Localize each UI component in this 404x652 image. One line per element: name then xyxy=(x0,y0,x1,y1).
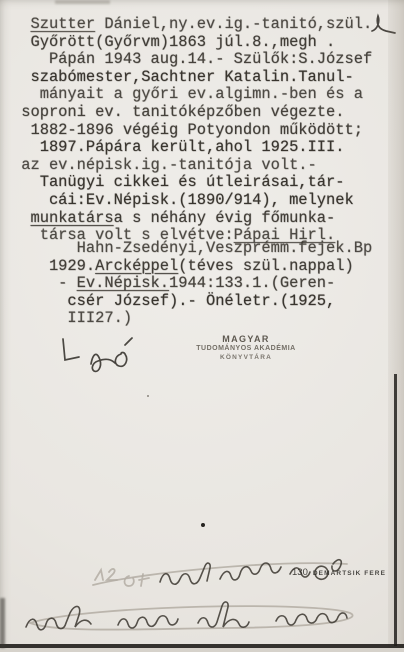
typewritten-line: Pápán 1943 aug.14.- Szülők:S.József xyxy=(12,51,400,69)
typewritten-line: Tanügyi cikkei és útleirásai,tár- xyxy=(12,174,400,192)
handwritten-annotation-left xyxy=(55,332,147,376)
typewritten-line: Szutter Dániel,ny.ev.ig.-tanitó,szül. xyxy=(12,16,400,34)
typed-text: Tanügyi cikkei és útleirásai,tár- xyxy=(12,173,345,191)
library-stamp: MAGYAR TUDOMÁNYOS AKADÉMIA KÖNYVTÁRA xyxy=(183,334,309,362)
typed-text: Hahn-Zsedényi,Veszprémm.fejek.Bp xyxy=(12,239,372,257)
typewritten-line: 1929.Arcképpel(téves szül.nappal) xyxy=(12,258,400,276)
typewritten-line: Hahn-Zsedényi,Veszprémm.fejek.Bp xyxy=(12,240,400,258)
typewritten-line: III27.) xyxy=(12,310,400,328)
typewritten-paragraph-biography: Szutter Dániel,ny.ev.ig.-tanitó,szül. Gy… xyxy=(12,16,400,245)
scanned-catalog-card: Szutter Dániel,ny.ev.ig.-tanitó,szül. Gy… xyxy=(0,0,404,652)
handwritten-note-upper-inverted xyxy=(85,538,355,593)
typewritten-line: 1882-1896 végéig Potyondon működött; xyxy=(12,122,400,140)
typed-text: Győrött(Győrvm)1863 júl.8.,megh . xyxy=(12,33,335,51)
underlined-text: Arcképpel xyxy=(95,257,178,275)
typed-text: Dániel,ny.ev.ig.-tanitó,szül. xyxy=(95,15,372,33)
underlined-text: munkatárs xyxy=(30,209,113,227)
typed-text: 1897.Pápára került,ahol 1925.III. xyxy=(12,138,345,156)
typed-text: III27.) xyxy=(12,309,132,327)
typed-text: mányait a győri ev.algimn.-ben és a xyxy=(12,85,363,103)
typewritten-line: cái:Ev.Népisk.(1890/914), melynek xyxy=(12,192,400,210)
typed-text: csér József).- Önéletr.(1925, xyxy=(12,292,335,310)
stamp-line-1: MAGYAR xyxy=(183,334,309,345)
typewritten-line: szabómester,Sachtner Katalin.Tanul- xyxy=(12,69,400,87)
scan-right-edge-line xyxy=(394,374,397,646)
typewritten-line: csér József).- Önéletr.(1925, xyxy=(12,293,400,311)
typewritten-line: az ev.népisk.ig.-tanitója volt.- xyxy=(12,157,400,175)
typed-text xyxy=(12,209,30,227)
typed-text: Pápán 1943 aug.14.- Szülők:S.József xyxy=(12,50,372,68)
stamp-line-2: TUDOMÁNYOS AKADÉMIA xyxy=(183,345,309,354)
typed-text: az ev.népisk.ig.-tanitója volt.- xyxy=(12,156,317,174)
underlined-text: Ev.Népisk. xyxy=(77,274,169,292)
paper-speck xyxy=(147,395,149,397)
printer-imprint: 130 DEMARTSIK FERE xyxy=(292,567,386,578)
typed-text xyxy=(12,15,30,33)
typewritten-line: mányait a győri ev.algimn.-ben és a xyxy=(12,86,400,104)
imprint-name: DEMARTSIK FERE xyxy=(313,570,386,577)
typed-text: cái:Ev.Népisk.(1890/914), melynek xyxy=(12,191,354,209)
underlined-text: Szutter xyxy=(30,15,95,33)
typed-text: 1944:133.1.(Geren- xyxy=(169,274,335,292)
typewritten-line: soproni ev. tanitóképzőben végezte. xyxy=(12,104,400,122)
scan-left-smudge xyxy=(0,598,5,648)
typed-text: (téves szül.nappal) xyxy=(178,257,353,275)
imprint-number: 130 xyxy=(292,567,308,578)
typewritten-paragraph-references: Hahn-Zsedényi,Veszprémm.fejek.Bp 1929.Ar… xyxy=(12,240,400,328)
typewritten-line: Győrött(Győrvm)1863 júl.8.,megh . xyxy=(12,34,400,52)
typed-text: 1929. xyxy=(12,257,95,275)
typed-text: szabómester,Sachtner Katalin.Tanul- xyxy=(12,68,354,86)
typewritten-line: munkatársa s néhány évig főmunka- xyxy=(12,210,400,228)
typewritten-line: 1897.Pápára került,ahol 1925.III. xyxy=(12,139,400,157)
handwritten-note-lower-inverted xyxy=(18,597,368,643)
ink-speck xyxy=(201,523,205,527)
typewritten-line: - Ev.Népisk.1944:133.1.(Geren- xyxy=(12,275,400,293)
typed-text: - xyxy=(12,274,77,292)
typed-text: a s néhány évig főmunka- xyxy=(114,209,336,227)
typed-text: soproni ev. tanitóképzőben végezte. xyxy=(12,103,345,121)
stamp-line-3: KÖNYVTÁRA xyxy=(183,354,309,362)
scan-top-smudge xyxy=(55,0,110,4)
scan-bottom-margin xyxy=(0,648,404,652)
typed-text: 1882-1896 végéig Potyondon működött; xyxy=(12,121,363,139)
